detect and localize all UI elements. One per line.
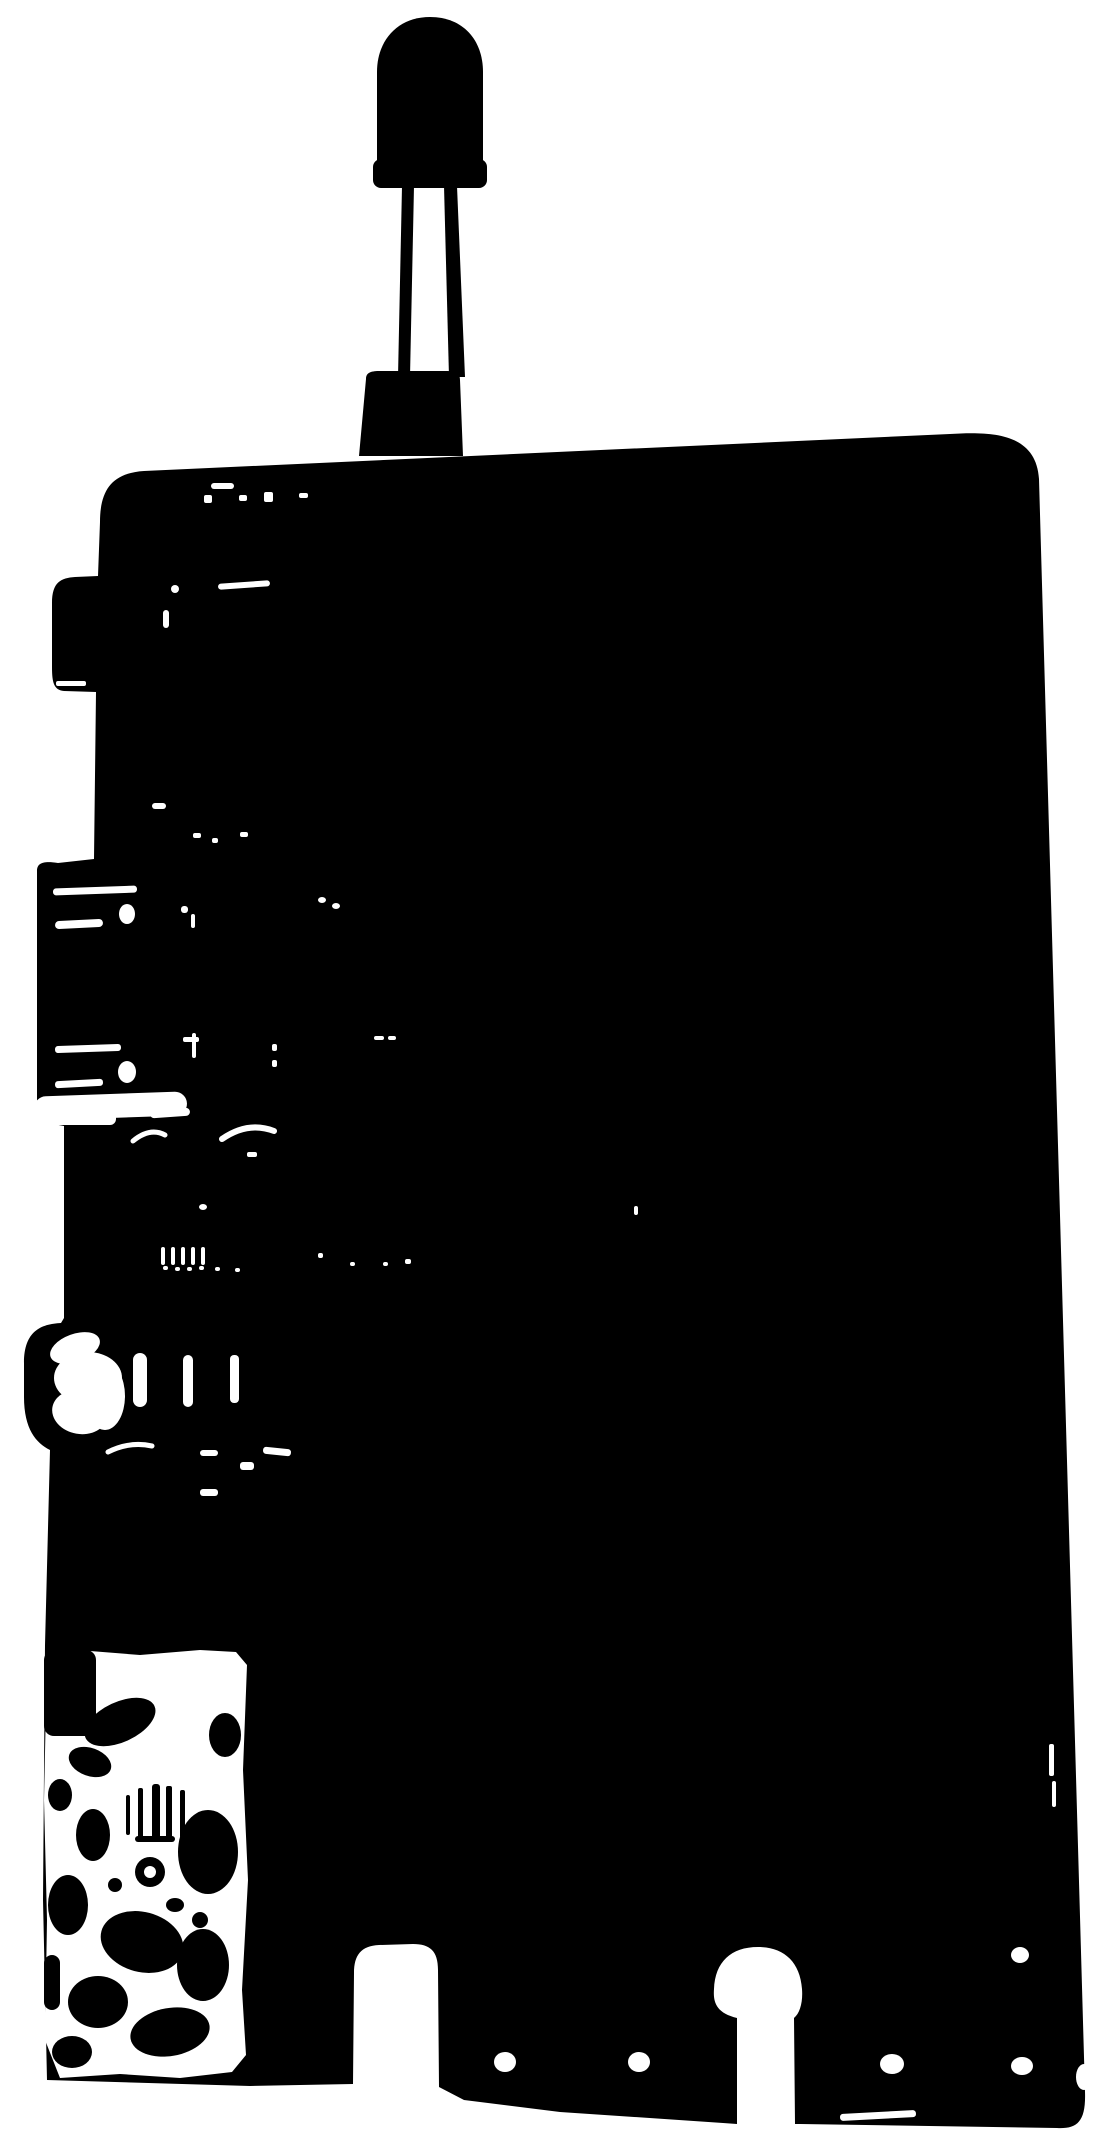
connector-slit-e bbox=[201, 1247, 205, 1265]
coil-dot bbox=[199, 1204, 207, 1210]
lower-speck-row-1 bbox=[318, 1253, 323, 1258]
connector-slit-c bbox=[181, 1247, 185, 1265]
led-dome bbox=[377, 17, 483, 165]
label-stain-low-3 bbox=[68, 1976, 128, 2028]
mount-screw-hole-2 bbox=[628, 2052, 650, 2072]
binarized-photo bbox=[0, 0, 1103, 2144]
connector-slit-a bbox=[161, 1247, 165, 1265]
mid-dash-pair-1 bbox=[374, 1036, 384, 1040]
terminal-block-dot-1 bbox=[181, 906, 188, 913]
label-stamp-stroke-1 bbox=[126, 1795, 130, 1835]
vent-slot-1 bbox=[133, 1353, 147, 1407]
silhouette-svg bbox=[0, 0, 1103, 2144]
connector-dot-row-6 bbox=[235, 1268, 240, 1272]
knob-dash-1 bbox=[200, 1450, 218, 1456]
mid-speck-2 bbox=[193, 833, 201, 838]
lower-speck-row-4 bbox=[405, 1259, 411, 1264]
label-stain-right-top bbox=[209, 1713, 241, 1757]
top-panel-glint-dash-1 bbox=[211, 483, 234, 489]
mid-speck-1 bbox=[152, 803, 166, 809]
label-ring-inner bbox=[144, 1866, 156, 1878]
vent-slot-2 bbox=[183, 1355, 193, 1407]
terminal-block-vline-1 bbox=[191, 914, 195, 928]
mount-screw-hole-1 bbox=[494, 2052, 516, 2072]
terminal-vline-2 bbox=[192, 1033, 196, 1058]
knob-dash-4 bbox=[200, 1489, 218, 1496]
tab-bottom-speck bbox=[56, 681, 86, 686]
label-stain-low-5 bbox=[52, 2036, 92, 2068]
led-lead-right bbox=[444, 186, 465, 377]
upper-glint-vdash bbox=[163, 610, 169, 628]
upper-glint-dot bbox=[171, 585, 179, 593]
mid-speck-3 bbox=[212, 838, 218, 843]
right-edge-nick bbox=[1076, 2064, 1092, 2090]
label-stamp-bar bbox=[135, 1836, 175, 1842]
mount-screw-hole-3 bbox=[880, 2054, 904, 2074]
connector-dot-row-3 bbox=[187, 1267, 192, 1271]
terminal-dot-col-2 bbox=[272, 1060, 277, 1067]
label-stamp-stroke-3 bbox=[152, 1784, 160, 1842]
vent-blotch-4 bbox=[85, 1362, 125, 1430]
terminal-dash bbox=[183, 1037, 199, 1042]
top-panel-glint-dash-2 bbox=[204, 495, 212, 503]
terminal-block-blob-2 bbox=[118, 1061, 136, 1083]
label-dot-3 bbox=[192, 1912, 208, 1928]
connector-dot-row-4 bbox=[199, 1266, 204, 1270]
mid-speck-4 bbox=[240, 832, 248, 837]
lower-speck-row-3 bbox=[383, 1262, 388, 1266]
label-stain-right-mid bbox=[178, 1810, 238, 1894]
connector-dot-row-1 bbox=[163, 1266, 168, 1270]
reflection-band-lower bbox=[34, 1112, 116, 1125]
mid-dash-pair-2 bbox=[388, 1036, 396, 1040]
led-lead-left bbox=[398, 186, 414, 377]
top-panel-glint-dash-4 bbox=[264, 492, 273, 502]
label-edge-bar bbox=[44, 1955, 60, 2010]
center-dot bbox=[634, 1206, 638, 1215]
led-socket-base bbox=[359, 371, 463, 456]
terminal-block-blob-1 bbox=[119, 904, 135, 924]
connector-slit-b bbox=[171, 1247, 175, 1265]
label-stamp-stroke-2 bbox=[138, 1788, 143, 1840]
label-stain-low-2 bbox=[177, 1929, 229, 2001]
knob-dash-3 bbox=[240, 1462, 254, 1470]
lower-speck-row-2 bbox=[350, 1262, 355, 1266]
right-edge-scratch-1 bbox=[1049, 1744, 1054, 1776]
connector-dot-row-5 bbox=[215, 1267, 220, 1271]
connector-dot-row-2 bbox=[175, 1267, 180, 1271]
right-lower-blob bbox=[1011, 1947, 1029, 1963]
right-edge-scratch-2 bbox=[1052, 1781, 1056, 1807]
label-stamp-stroke-4 bbox=[166, 1786, 172, 1840]
vent-slot-3 bbox=[230, 1355, 239, 1403]
connector-slit-d bbox=[191, 1247, 195, 1265]
top-panel-glint-dash-3 bbox=[239, 495, 247, 501]
mid-speck-5 bbox=[318, 897, 326, 903]
label-dot-2 bbox=[166, 1898, 184, 1912]
terminal-dot-col-1 bbox=[272, 1044, 277, 1051]
mount-screw-hole-4 bbox=[1011, 2057, 1033, 2075]
top-panel-glint-dash-5 bbox=[299, 493, 308, 498]
coil-dash bbox=[247, 1152, 257, 1157]
mid-speck-6 bbox=[332, 903, 340, 909]
led-flange bbox=[373, 159, 487, 188]
label-dot-1 bbox=[108, 1878, 122, 1892]
label-stain-left-low bbox=[48, 1875, 88, 1935]
label-stain-mid-1 bbox=[76, 1809, 110, 1861]
label-stain-left-mid bbox=[48, 1779, 72, 1811]
